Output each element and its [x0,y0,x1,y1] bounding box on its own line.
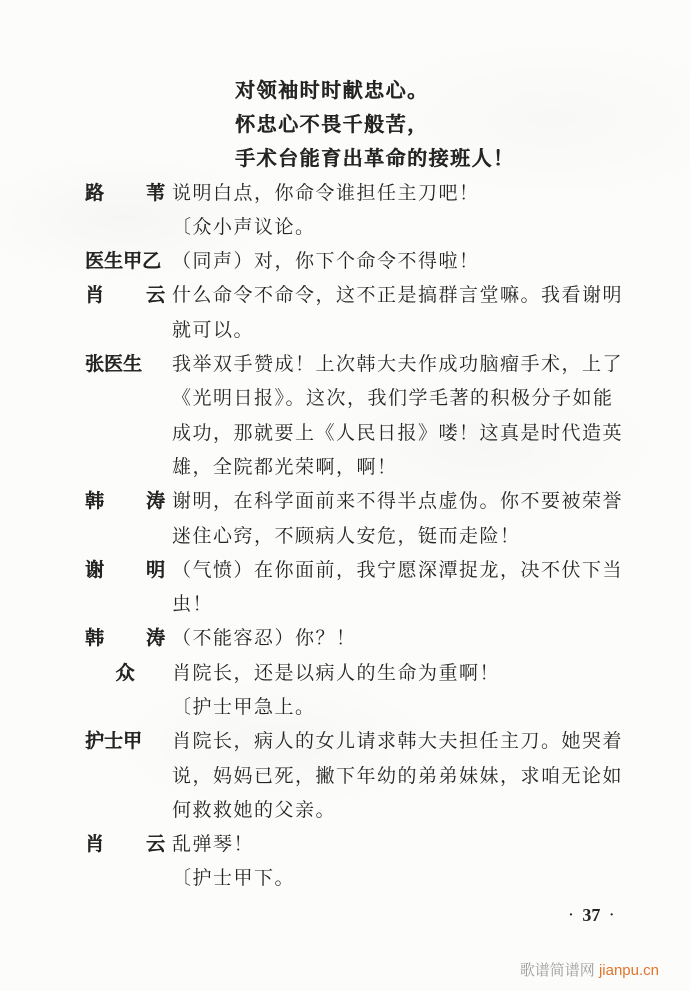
verse-text: 怀忠心不畏千般苦， [235,108,429,137]
dialogue-text: （气愤）在你面前，我宁愿深潭捉龙，决不伏下当 [172,555,623,582]
scanned-script-page: 对领袖时时献忠心。 怀忠心不畏千般苦， 手术台能育出革命的接班人！ 路苇 说明白… [0,0,690,991]
page-number-value: 37 [582,905,600,925]
speaker-name: 张医生 [85,349,165,376]
dialogue-text: 说，妈妈已死，撇下年幼的弟弟妹妹，求咱无论如 [172,761,623,788]
dialogue-row: 路苇 说明白点，你命令谁担任主刀吧！ [85,174,690,208]
dialogue-continuation: 迷住心窍，不顾病人安危，铤而走险！ [85,517,690,551]
dialogue-continuation: 就可以。 [85,311,690,345]
watermark-site-name: 歌谱简谱网 [520,962,595,979]
speaker-name: 谢明 [85,555,165,582]
dialogue-text: 肖院长，还是以病人的生命为重啊！ [172,658,500,685]
dialogue-text: （不能容忍）你？！ [172,623,357,650]
page-number-dot: · [609,908,614,924]
speaker-name: 医生甲乙 [85,246,165,273]
stage-text: 〔护士甲下。 [172,863,295,890]
dialogue-text: 肖院长，病人的女儿请求韩大夫担任主刀。她哭着 [172,726,623,753]
dialogue-text: 《光明日报》。这次，我们学毛著的积极分子如能 [172,383,614,410]
speaker-name: 路苇 [85,178,165,205]
stage-direction: 〔众小声议论。 [85,208,690,242]
dialogue-continuation: 何救救她的父亲。 [85,791,690,825]
dialogue-continuation: 《光明日报》。这次，我们学毛著的积极分子如能 [85,380,690,414]
speaker-name: 肖云 [85,829,165,856]
page-number-dot: · [569,908,574,924]
verse-line: 对领袖时时献忠心。 [85,71,690,105]
dialogue-row: 韩涛 （不能容忍）你？！ [85,620,690,654]
dialogue-row: 韩涛 谢明，在科学面前来不得半点虚伪。你不要被荣誉 [85,483,690,517]
dialogue-text: 迷住心窍，不顾病人安危，铤而走险！ [172,521,521,548]
speaker-name: 护士甲 [85,726,165,753]
dialogue-continuation: 雄，全院都光荣啊，啊！ [85,448,690,482]
stage-direction: 〔护士甲下。 [85,860,690,894]
dialogue-text: 谢明，在科学面前来不得半点虚伪。你不要被荣誉 [172,486,623,513]
speaker-name: 韩涛 [85,623,165,650]
dialogue-text: 就可以。 [172,315,254,342]
dialogue-row: 张医生 我举双手赞成！上次韩大夫作成功脑瘤手术，上了 [85,345,690,379]
page-number: ·37· [85,905,690,926]
stage-text: 〔众小声议论。 [172,212,316,239]
dialogue-row: 众 肖院长，还是以病人的生命为重啊！ [85,654,690,688]
dialogue-row: 医生甲乙 （同声）对，你下个命令不得啦！ [85,242,690,276]
dialogue-row: 谢明 （气愤）在你面前，我宁愿深潭捉龙，决不伏下当 [85,551,690,585]
watermark-site-url: jianpu.cn [599,962,659,979]
stage-direction: 〔护士甲急上。 [85,688,690,722]
watermark: 歌谱简谱网 jianpu.cn [520,959,659,980]
dialogue-continuation: 说，妈妈已死，撇下年幼的弟弟妹妹，求咱无论如 [85,757,690,791]
dialogue-text: 乱弹琴！ [172,829,254,856]
speaker-name: 肖云 [85,280,165,307]
dialogue-text: 说明白点，你命令谁担任主刀吧！ [172,178,480,205]
dialogue-row: 肖云 乱弹琴！ [85,826,690,860]
dialogue-text: 虫！ [172,589,213,616]
dialogue-text: 什么命令不命令，这不正是搞群言堂嘛。我看谢明 [172,280,623,307]
dialogue-text: 雄，全院都光荣啊，啊！ [172,452,398,479]
dialogue-text: 成功，那就要上《人民日报》喽！这真是时代造英 [172,418,623,445]
verse-line: 手术台能育出革命的接班人！ [85,140,690,174]
dialogue-continuation: 成功，那就要上《人民日报》喽！这真是时代造英 [85,414,690,448]
speaker-name: 众 [85,658,165,685]
dialogue-continuation: 虫！ [85,585,690,619]
verse-line: 怀忠心不畏千般苦， [85,105,690,139]
verse-text: 手术台能育出革命的接班人！ [235,142,515,171]
stage-text: 〔护士甲急上。 [172,692,316,719]
dialogue-text: （同声）对，你下个命令不得啦！ [172,246,480,273]
verse-text: 对领袖时时献忠心。 [235,74,429,103]
dialogue-row: 肖云 什么命令不命令，这不正是搞群言堂嘛。我看谢明 [85,277,690,311]
speaker-name: 韩涛 [85,486,165,513]
dialogue-text: 何救救她的父亲。 [172,795,336,822]
dialogue-row: 护士甲 肖院长，病人的女儿请求韩大夫担任主刀。她哭着 [85,723,690,757]
dialogue-text: 我举双手赞成！上次韩大夫作成功脑瘤手术，上了 [172,349,623,376]
